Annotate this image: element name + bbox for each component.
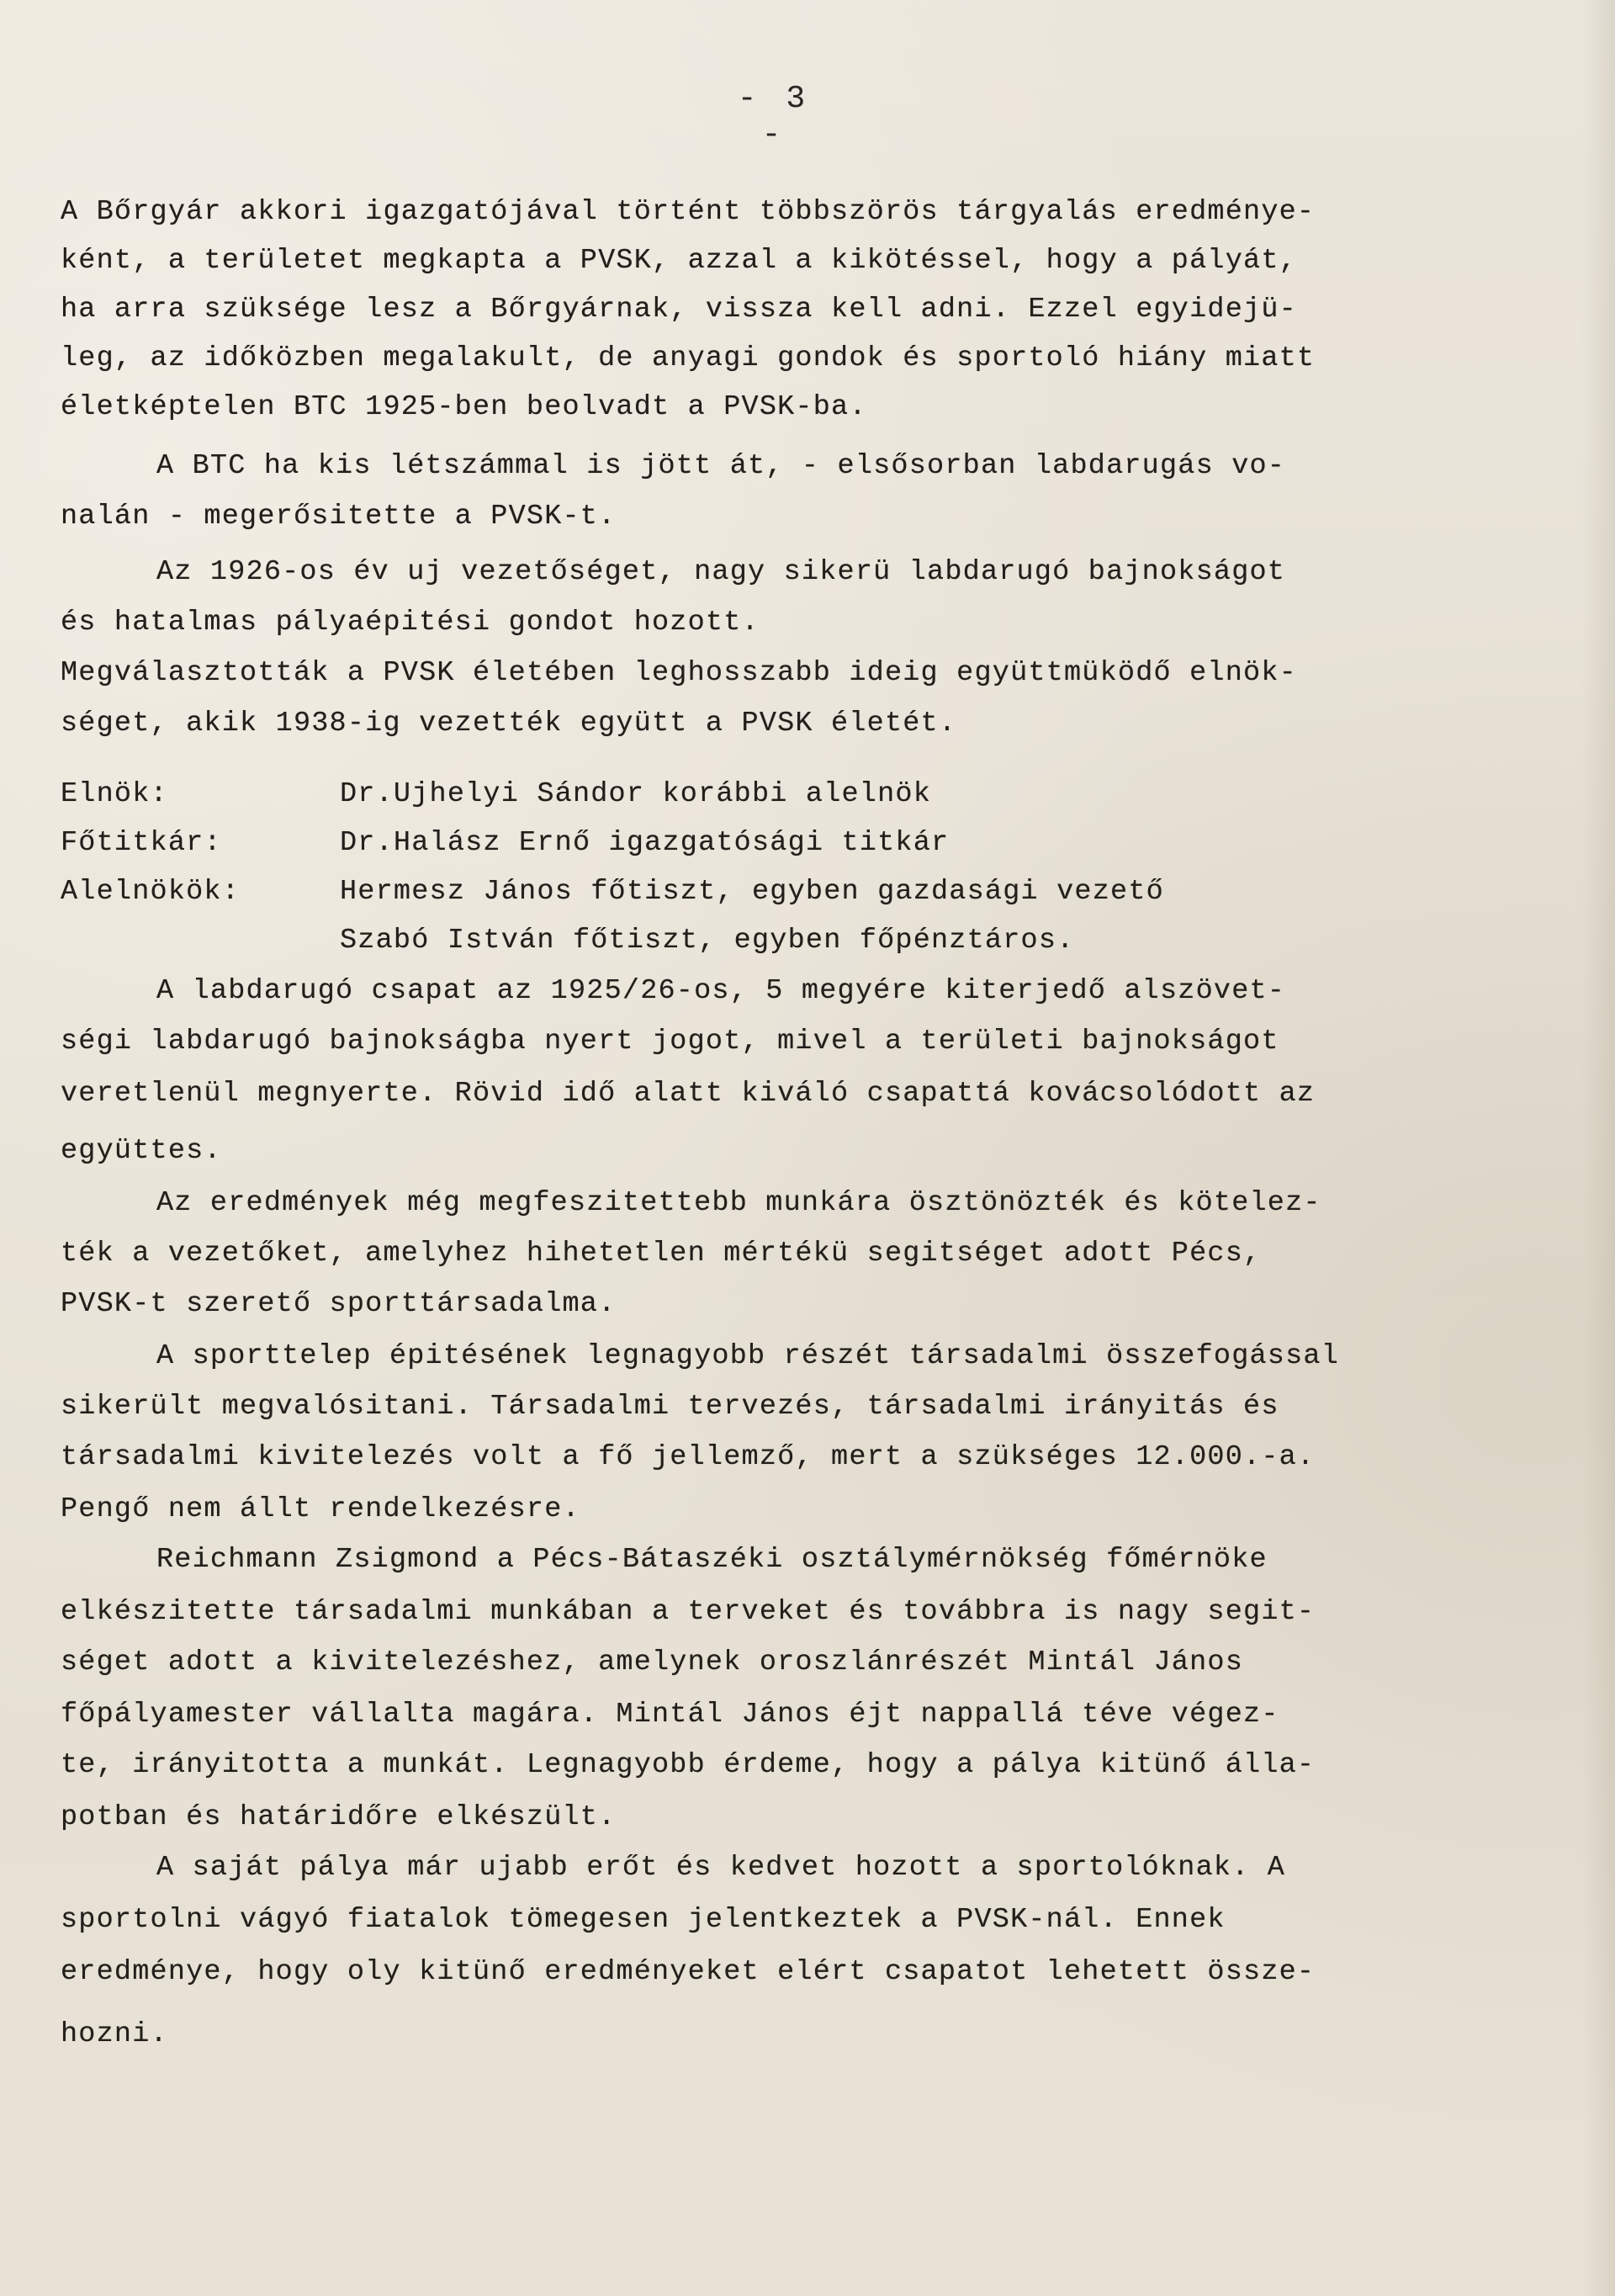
text-line: potban és határidőre elkészült. <box>61 1800 616 1834</box>
text-line: Megválasztották a PVSK életében leghossz… <box>61 656 1297 690</box>
officer-role: Főtitkár: <box>61 826 222 860</box>
text-line: A sporttelep épitésének legnagyobb részé… <box>156 1339 1339 1373</box>
text-line: hozni. <box>61 2018 168 2051</box>
text-line: ték a vezetőket, amelyhez hihetetlen mér… <box>61 1237 1261 1270</box>
officer-role: Alelnökök: <box>61 875 240 909</box>
text-line: Pengő nem állt rendelkezésre. <box>61 1493 580 1526</box>
text-line: sikerült megvalósitani. Társadalmi terve… <box>61 1390 1279 1424</box>
text-line: leg, az időközben megalakult, de anyagi … <box>61 342 1315 375</box>
text-line: séget, akik 1938-ig vezették együtt a PV… <box>61 707 956 740</box>
officer-role: Elnök: <box>61 777 168 811</box>
text-line: és hatalmas pályaépitési gondot hozott. <box>61 606 760 639</box>
text-line: A labdarugó csapat az 1925/26-os, 5 megy… <box>156 974 1285 1008</box>
typewritten-page: - 3 - A Bőrgyár akkori igazgatójával tör… <box>0 0 1615 2296</box>
text-line: PVSK-t szerető sporttársadalma. <box>61 1287 616 1321</box>
text-line: sportolni vágyó fiatalok tömegesen jelen… <box>61 1903 1226 1937</box>
text-line: elkészitette társadalmi munkában a terve… <box>61 1595 1315 1629</box>
text-line: A Bőrgyár akkori igazgatójával történt t… <box>61 195 1315 229</box>
officer-name: Szabó István főtiszt, egyben főpénztáros… <box>340 924 1074 957</box>
text-line: főpályamester vállalta magára. Mintál Já… <box>61 1698 1279 1731</box>
text-line: társadalmi kivitelezés volt a fő jellemz… <box>61 1440 1315 1474</box>
text-line: te, irányitotta a munkát. Legnagyobb érd… <box>61 1748 1315 1782</box>
text-line: Az 1926-os év uj vezetőséget, nagy siker… <box>156 555 1285 589</box>
text-line: ként, a területet megkapta a PVSK, azzal… <box>61 244 1297 278</box>
text-line: ha arra szüksége lesz a Bőrgyárnak, viss… <box>61 293 1297 326</box>
text-line: A saját pálya már ujabb erőt és kedvet h… <box>156 1851 1285 1885</box>
page-number: - 3 - <box>715 81 833 153</box>
text-line: Reichmann Zsigmond a Pécs-Bátaszéki oszt… <box>156 1543 1268 1577</box>
officer-name: Hermesz János főtiszt, egyben gazdasági … <box>340 875 1164 909</box>
text-line: A BTC ha kis létszámmal is jött át, - el… <box>156 449 1285 483</box>
text-line: Az eredmények még megfeszitettebb munkár… <box>156 1186 1321 1220</box>
text-line: ségi labdarugó bajnokságba nyert jogot, … <box>61 1025 1279 1058</box>
officer-name: Dr.Halász Ernő igazgatósági titkár <box>340 826 949 860</box>
text-line: séget adott a kivitelezéshez, amelynek o… <box>61 1646 1243 1679</box>
text-line: együttes. <box>61 1134 222 1168</box>
text-line: eredménye, hogy oly kitünő eredményeket … <box>61 1955 1315 1989</box>
paper-edge-shadow <box>1581 0 1615 2296</box>
text-line: nalán - megerősitette a PVSK-t. <box>61 500 616 533</box>
text-line: veretlenül megnyerte. Rövid idő alatt ki… <box>61 1077 1315 1111</box>
text-line: életképtelen BTC 1925-ben beolvadt a PVS… <box>61 390 867 424</box>
officer-name: Dr.Ujhelyi Sándor korábbi alelnök <box>340 777 931 811</box>
